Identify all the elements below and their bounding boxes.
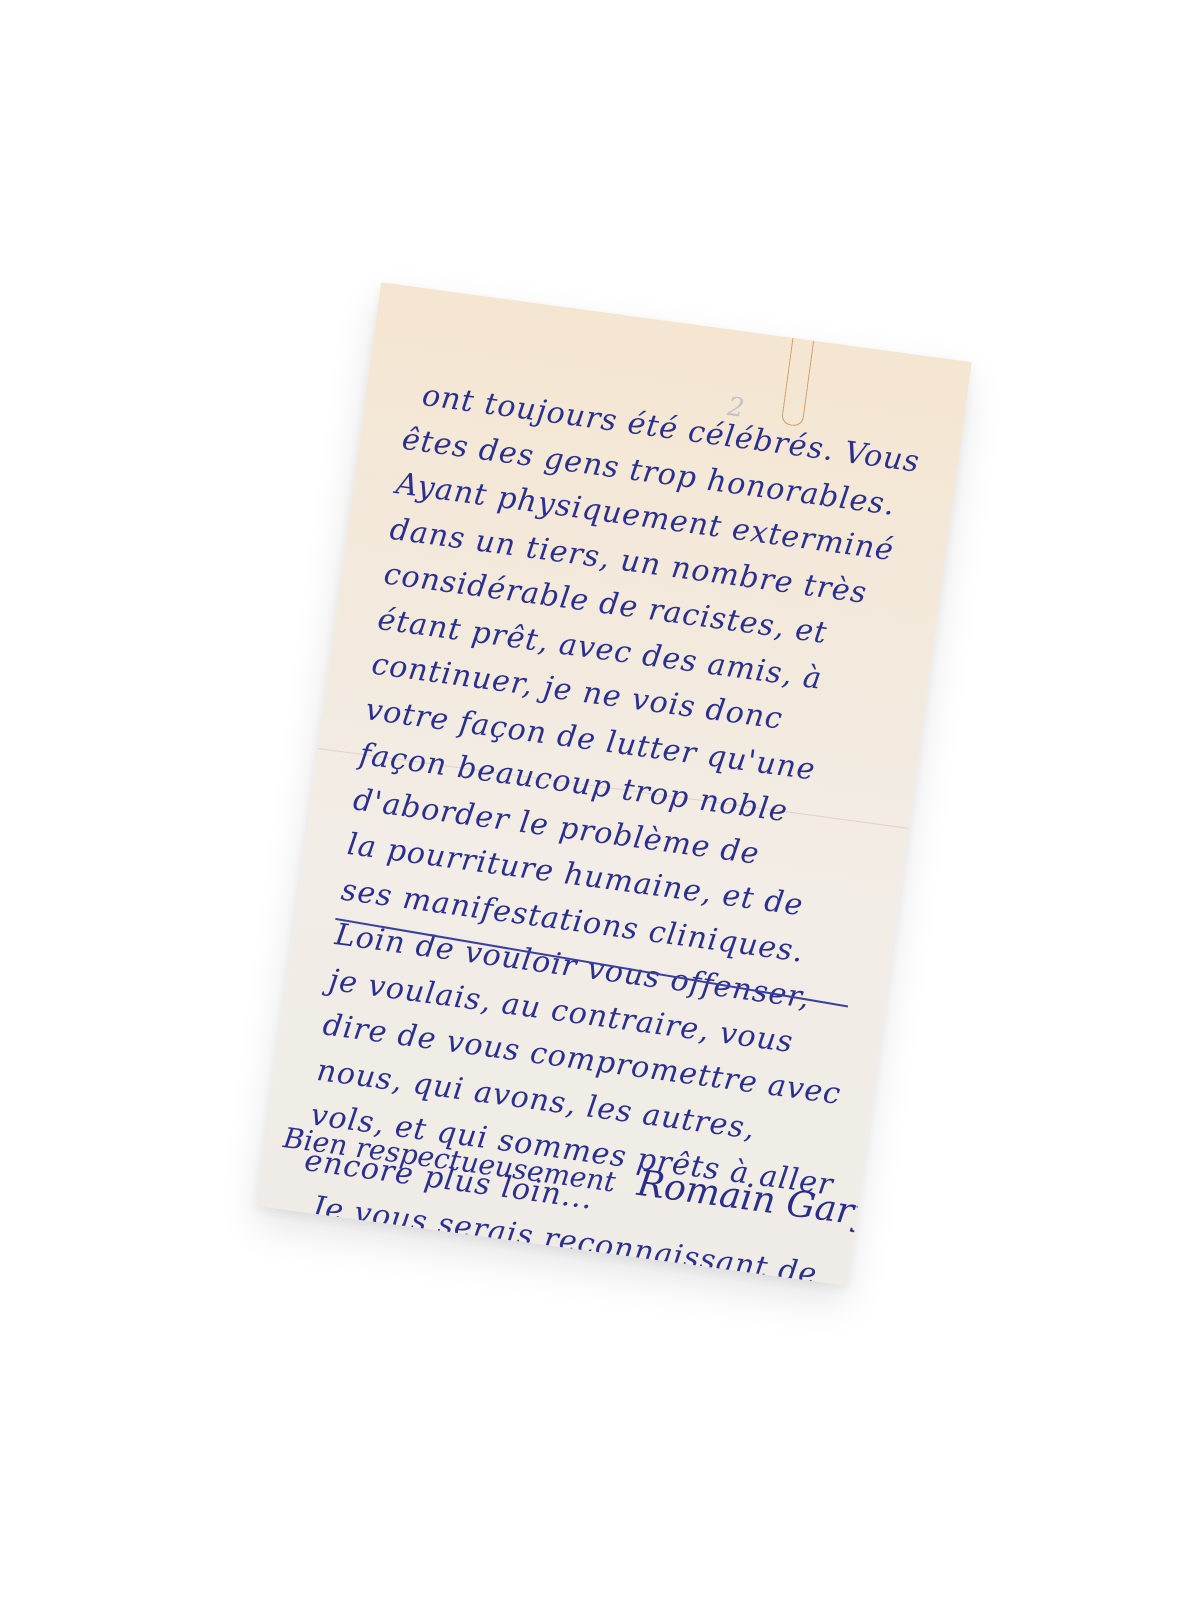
photo-stage: 2 ont toujours été célébrés. Vous êtes d… <box>0 0 1200 1600</box>
letter-page: 2 ont toujours été célébrés. Vous êtes d… <box>256 282 972 1285</box>
staple-mark <box>781 338 814 427</box>
letter-line: tère personnel. <box>283 1273 814 1286</box>
